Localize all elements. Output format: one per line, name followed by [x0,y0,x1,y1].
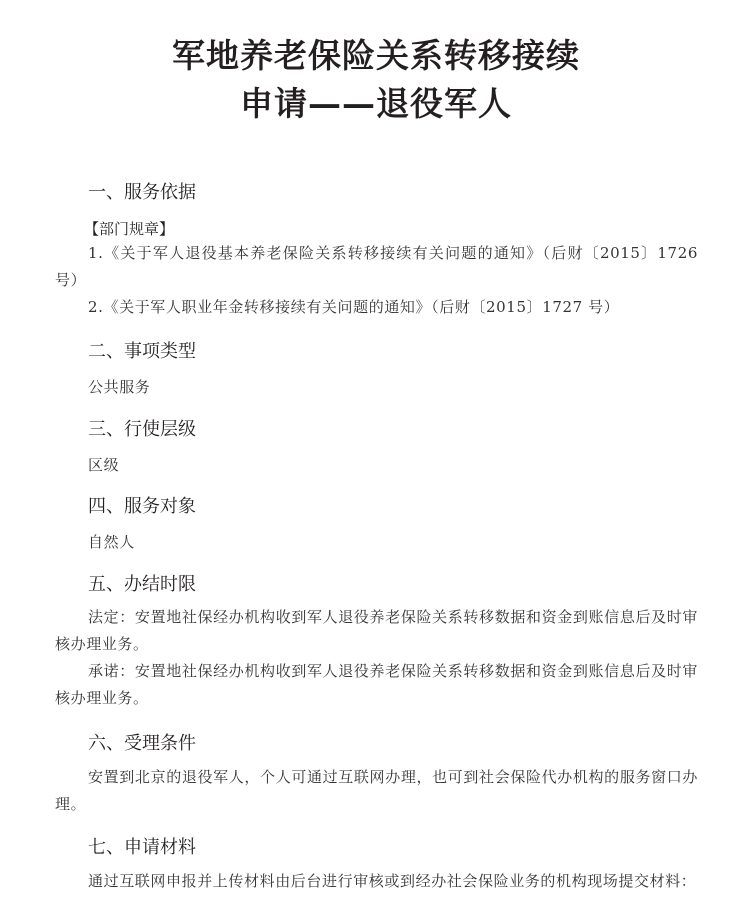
section-heading-time-limit: 五、办结时限 [88,570,196,596]
service-target-value: 自然人 [88,531,135,552]
item-type-value: 公共服务 [88,376,150,397]
section-heading-item-type: 二、事项类型 [88,337,196,363]
section-heading-exercise-level: 三、行使层级 [88,415,196,441]
section-heading-service-basis: 一、服务依据 [88,178,196,204]
subheading-department-rules: 【部门规章】 [84,218,174,239]
application-materials-text: 通过互联网申报并上传材料由后台进行审核或到经办社会保险业务的机构现场提交材料： [55,868,698,895]
section-heading-acceptance-conditions: 六、受理条件 [88,729,196,755]
time-limit-statutory: 法定：安置地社保经办机构收到军人退役养老保险关系转移数据和资金到账信息后及时审核… [55,604,698,658]
section-heading-service-target: 四、服务对象 [88,492,196,518]
regulation-item-2: 2.《关于军人职业年金转移接续有关问题的通知》（后财〔2015〕1727 号） [55,294,698,321]
exercise-level-value: 区级 [88,454,119,475]
regulation-item-1: 1.《关于军人退役基本养老保险关系转移接续有关问题的通知》（后财〔2015〕17… [55,240,698,294]
section-heading-application-materials: 七、申请材料 [88,833,196,859]
document-title-line2: 申请——退役军人 [0,78,752,125]
document-title-line1: 军地养老保险关系转移接续 [0,30,752,77]
acceptance-conditions-text: 安置到北京的退役军人，个人可通过互联网办理，也可到社会保险代办机构的服务窗口办理… [55,764,698,818]
time-limit-promised: 承诺：安置地社保经办机构收到军人退役养老保险关系转移数据和资金到账信息后及时审核… [55,658,698,712]
